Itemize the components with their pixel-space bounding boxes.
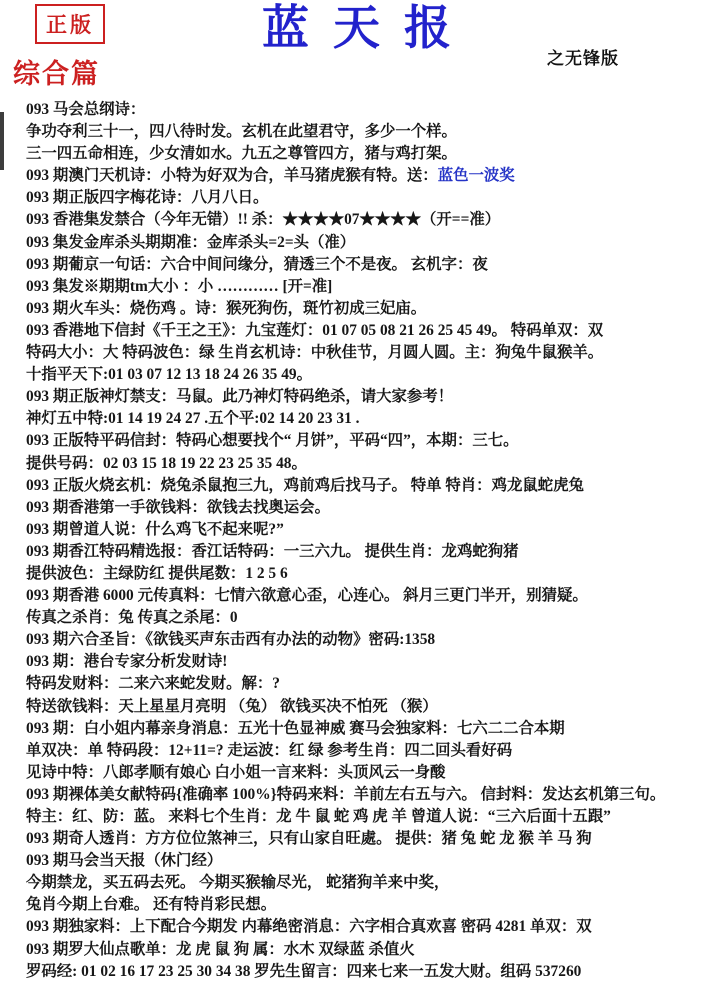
report-text: 093 正版火烧玄机：烧兔杀鼠抱三九，鸡前鸡后找马子。 特单 特肖：鸡龙鼠蛇虎兔 [26,477,584,494]
report-text: 093 期正版四字梅花诗：八月八日。 [26,189,268,206]
report-line: 093 期奇人透肖：方方位位煞神三，只有山家自旺處。 提供：猪 兔 蛇 龙 猴 … [26,828,711,850]
report-line: 特送欲钱料：天上星星月亮明 （兔） 欲钱买决不怕死 （猴） [26,696,711,718]
report-text: 特主：红、防：蓝。 来料七个生肖：龙 牛 鼠 蛇 鸡 虎 羊 曾道人说：“三六后… [26,808,611,825]
report-line: 见诗中特：八郎孝顺有娘心 白小姐一言来料：头顶风云一身酸 [26,762,711,784]
report-text: 兔肖今期上台难。 还有特肖彩民想。 [26,896,276,913]
report-text: 提供波色：主绿防红 提供尾数：1 2 5 6 [26,565,288,582]
report-text: 093 期罗大仙点歌单：龙 虎 鼠 狗 属：水木 双绿蓝 杀值火 [26,941,415,958]
report-text: 093 期六合圣旨：《欲钱买声东击西有办法的动物》密码:1358 [26,631,435,648]
report-text: 093 期裸体美女献特码{准确率 100%}特码来料：羊前左右五与六。 信封料：… [26,786,665,803]
report-line: 罗码经: 01 02 16 17 23 25 30 34 38 罗先生留言：四来… [26,961,711,983]
scan-artifact [0,112,4,170]
report-text: 093 期正版神灯禁支：马鼠。此乃神灯特码绝杀，请大家参考！ [26,388,453,405]
report-line: 093 期香港第一手欲钱料：欲钱去找奥运会。 [26,497,711,519]
report-line: 093 香港地下信封《千王之王》：九宝莲灯：01 07 05 08 21 26 … [26,320,711,342]
report-line: 093 期马会当天报（休门经） [26,850,711,872]
report-text: 争功夺利三十一，四八待时发。玄机在此望君守，多少一个样。 [26,123,457,140]
report-line: 093 期澳门天机诗：小特为好双为合，羊马猪虎猴有特。送：蓝色一波奖 [26,165,711,187]
report-line: 093 期葡京一句话：六合中间问缘分，猜透三个不是夜。 玄机字：夜 [26,254,711,276]
report-text: 093 期香江特码精选报：香江话特码：一三六九。 提供生肖：龙鸡蛇狗猪 [26,543,519,560]
report-text: 093 期奇人透肖：方方位位煞神三，只有山家自旺處。 提供：猪 兔 蛇 龙 猴 … [26,830,592,847]
report-line: 特主：红、防：蓝。 来料七个生肖：龙 牛 鼠 蛇 鸡 虎 羊 曾道人说：“三六后… [26,806,711,828]
report-line: 093 集发金库杀头期期准：金库杀头=2=头（准） [26,232,711,254]
report-text: 十指平天下:01 03 07 12 13 18 24 26 35 49。 [26,366,312,383]
report-text: 093 期马会当天报（休门经） [26,852,222,869]
report-text: 093 马会总纲诗： [26,101,145,118]
report-line: 093 正版特平码信封：特码心想要找个“ 月饼”，平码“四”，本期：三七。 [26,430,711,452]
report-text: 提供号码：02 03 15 18 19 22 23 25 35 48。 [26,455,307,472]
report-text: 见诗中特：八郎孝顺有娘心 白小姐一言来料：头顶风云一身酸 [26,764,445,781]
report-line: 093 期六合圣旨：《欲钱买声东击西有办法的动物》密码:1358 [26,629,711,651]
report-text: 传真之杀肖：兔 传真之杀尾：0 [26,609,238,626]
report-line: 提供号码：02 03 15 18 19 22 23 25 35 48。 [26,453,711,475]
report-text: 今期禁龙，买五码去死。 今期买猴输尽光， 蛇猪狗羊来中奖， [26,874,449,891]
report-line: 093 香港集发禁合（今年无错）!! 杀：★★★★07★★★★（开==准） [26,209,711,231]
report-line: 传真之杀肖：兔 传真之杀尾：0 [26,607,711,629]
report-text: 特码大小：大 特码波色：绿 生肖玄机诗：中秋佳节，月圆人圆。主：狗兔牛鼠猴羊。 [26,344,603,361]
report-text: 093 期香港 6000 元传真料：七情六欲意心歪，心连心。 斜月三更门半开，别… [26,587,588,604]
section-heading: 综合篇 [13,52,100,91]
report-text: 神灯五中特:01 14 19 24 27 .五个平:02 14 20 23 31… [26,410,359,427]
report-line: 093 期火车头：烧伤鸡 。诗：猴死狗伤，斑竹初成三妃庙。 [26,298,711,320]
report-text: 093 香港集发禁合（今年无错）!! 杀：★★★★07★★★★（开==准） [26,211,500,228]
report-text: 093 正版特平码信封：特码心想要找个“ 月饼”，平码“四”，本期：三七。 [26,432,519,449]
report-text: 093 期香港第一手欲钱料：欲钱去找奥运会。 [26,499,330,516]
report-line: 十指平天下:01 03 07 12 13 18 24 26 35 49。 [26,364,711,386]
report-line: 093 马会总纲诗： [26,99,711,121]
report-body: 093 马会总纲诗：争功夺利三十一，四八待时发。玄机在此望君守，多少一个样。三一… [26,99,711,983]
report-line: 093 期：白小姐内幕亲身消息：五光十色显神威 赛马会独家料：七六二二合本期 [26,718,711,740]
report-line: 争功夺利三十一，四八待时发。玄机在此望君守，多少一个样。 [26,121,711,143]
report-line: 093 期罗大仙点歌单：龙 虎 鼠 狗 属：水木 双绿蓝 杀值火 [26,939,711,961]
report-text: 093 期曾道人说：什么鸡飞不起来呢?” [26,521,284,538]
report-line: 神灯五中特:01 14 19 24 27 .五个平:02 14 20 23 31… [26,408,711,430]
newspaper-page: 正版 蓝天报 之无锋版 综合篇 093 马会总纲诗：争功夺利三十一，四八待时发。… [0,0,713,997]
report-line: 特码大小：大 特码波色：绿 生肖玄机诗：中秋佳节，月圆人圆。主：狗兔牛鼠猴羊。 [26,342,711,364]
report-line: 093 期正版神灯禁支：马鼠。此乃神灯特码绝杀，请大家参考！ [26,386,711,408]
report-line: 093 期曾道人说：什么鸡飞不起来呢?” [26,519,711,541]
report-line: 093 期香江特码精选报：香江话特码：一三六九。 提供生肖：龙鸡蛇狗猪 [26,541,711,563]
report-line: 093 集发※期期tm大小 ：小 ………… [开=准] [26,276,711,298]
report-text: 093 期葡京一句话：六合中间问缘分，猜透三个不是夜。 玄机字：夜 [26,256,488,273]
report-text: 093 期火车头：烧伤鸡 。诗：猴死狗伤，斑竹初成三妃庙。 [26,300,426,317]
report-text: 单双决：单 特码段：12+11=? 走运波：红 绿 参考生肖：四二回头看好码 [26,742,512,759]
report-text: 093 期：白小姐内幕亲身消息：五光十色显神威 赛马会独家料：七六二二合本期 [26,720,565,737]
highlighted-text: 蓝色一波奖 [438,167,515,184]
report-line: 093 正版火烧玄机：烧兔杀鼠抱三九，鸡前鸡后找马子。 特单 特肖：鸡龙鼠蛇虎兔 [26,475,711,497]
report-line: 今期禁龙，买五码去死。 今期买猴输尽光， 蛇猪狗羊来中奖， [26,872,711,894]
report-line: 提供波色：主绿防红 提供尾数：1 2 5 6 [26,563,711,585]
report-text: 093 期澳门天机诗：小特为好双为合，羊马猪虎猴有特。送： [26,167,438,184]
report-text: 093 香港地下信封《千王之王》：九宝莲灯：01 07 05 08 21 26 … [26,322,603,339]
report-line: 093 期：港台专家分析发财诗! [26,651,711,673]
report-line: 093 期正版四字梅花诗：八月八日。 [26,187,711,209]
report-line: 特码发财料：二来六来蛇发财。解：? [26,673,711,695]
report-text: 093 集发金库杀头期期准：金库杀头=2=头（准） [26,234,355,251]
report-line: 093 期独家料：上下配合今期发 内幕绝密消息：六字相合真欢喜 密码 4281 … [26,916,711,938]
edition-label: 之无锋版 [547,44,619,69]
report-text: 093 期：港台专家分析发财诗! [26,653,227,670]
report-text: 三一四五命相连，少女清如水。九五之尊管四方，猪与鸡打架。 [26,145,457,162]
report-line: 三一四五命相连，少女清如水。九五之尊管四方，猪与鸡打架。 [26,143,711,165]
report-line: 兔肖今期上台难。 还有特肖彩民想。 [26,894,711,916]
report-line: 单双决：单 特码段：12+11=? 走运波：红 绿 参考生肖：四二回头看好码 [26,740,711,762]
report-text: 093 集发※期期tm大小 ：小 ………… [开=准] [26,278,332,295]
report-text: 093 期独家料：上下配合今期发 内幕绝密消息：六字相合真欢喜 密码 4281 … [26,918,592,935]
report-text: 罗码经: 01 02 16 17 23 25 30 34 38 罗先生留言：四来… [26,963,581,980]
report-text: 特送欲钱料：天上星星月亮明 （兔） 欲钱买决不怕死 （猴） [26,698,438,715]
report-line: 093 期香港 6000 元传真料：七情六欲意心歪，心连心。 斜月三更门半开，别… [26,585,711,607]
report-line: 093 期裸体美女献特码{准确率 100%}特码来料：羊前左右五与六。 信封料：… [26,784,711,806]
report-text: 特码发财料：二来六来蛇发财。解：? [26,675,280,692]
